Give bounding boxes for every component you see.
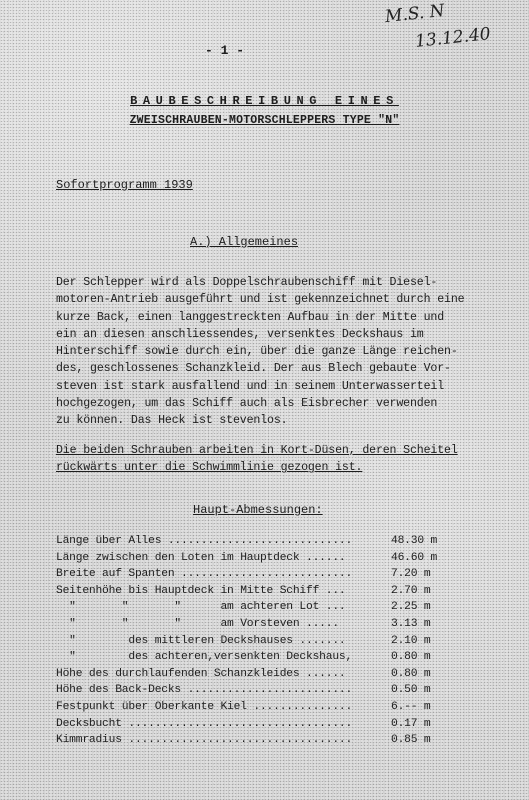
dimension-value: 0.50 m <box>391 684 430 696</box>
dimension-label: " des mittleren Deckshauses ....... <box>56 635 346 647</box>
dimension-value: 2.25 m <box>391 601 430 613</box>
dimension-row: Höhe des durchlaufenden Schanzkleides ..… <box>56 668 456 685</box>
dimension-value: 0.17 m <box>391 718 430 730</box>
section-heading: A.) Allgemeines <box>190 235 298 249</box>
dimension-row: " des achteren,versenkten Deckshaus,0.80… <box>56 651 456 668</box>
dimension-label: Breite auf Spanten .....................… <box>56 568 352 580</box>
dimension-value: 0.80 m <box>391 668 430 680</box>
dimension-value: 0.85 m <box>391 734 430 746</box>
dimension-value: 2.10 m <box>391 635 430 647</box>
program-label: Sofortprogramm 1939 <box>56 178 193 192</box>
dimension-label: Festpunkt über Oberkante Kiel ..........… <box>56 701 352 713</box>
dimension-row: Decksbucht .............................… <box>56 718 456 735</box>
dimension-value: 2.70 m <box>391 585 430 597</box>
dimension-row: Länge zwischen den Loten im Hauptdeck ..… <box>56 552 456 569</box>
dimension-label: Kimmradius .............................… <box>56 734 352 746</box>
paragraph-propellers: Die beiden Schrauben arbeiten in Kort-Dü… <box>56 442 516 477</box>
page-number: - 1 - <box>205 43 244 58</box>
dimension-row: Höhe des Back-Decks ....................… <box>56 684 456 701</box>
dimension-label: " " " am Vorsteven ..... <box>56 618 339 630</box>
dimension-label: " " " am achteren Lot ... <box>56 601 346 613</box>
dimension-label: Länge über Alles .......................… <box>56 535 352 547</box>
dimensions-table: Länge über Alles .......................… <box>56 535 456 751</box>
dimension-value: 0.80 m <box>391 651 430 663</box>
handwritten-annotation-date: 13.12.40 <box>414 24 491 52</box>
dimension-row: Kimmradius .............................… <box>56 734 456 751</box>
handwritten-annotation-ref: M.S. N <box>384 1 445 27</box>
dimensions-heading: Haupt-Abmessungen: <box>193 503 323 517</box>
document-title: BAUBESCHREIBUNG EINES <box>0 94 529 108</box>
dimension-value: 46.60 m <box>391 552 437 564</box>
dimension-row: Festpunkt über Oberkante Kiel ..........… <box>56 701 456 718</box>
dimension-row: " " " am achteren Lot ...2.25 m <box>56 601 456 618</box>
dimension-label: Länge zwischen den Loten im Hauptdeck ..… <box>56 552 346 564</box>
document-page: M.S. N 13.12.40 - 1 - BAUBESCHREIBUNG EI… <box>0 0 529 800</box>
dimension-value: 7.20 m <box>391 568 430 580</box>
dimension-label: " des achteren,versenkten Deckshaus, <box>56 651 352 663</box>
dimension-label: Höhe des Back-Decks ....................… <box>56 684 352 696</box>
dimension-row: " des mittleren Deckshauses .......2.10 … <box>56 635 456 652</box>
dimension-row: " " " am Vorsteven .....3.13 m <box>56 618 456 635</box>
dimension-value: 6.-- m <box>391 701 430 713</box>
dimension-value: 3.13 m <box>391 618 430 630</box>
dimension-label: Decksbucht .............................… <box>56 718 352 730</box>
dimension-row: Seitenhöhe bis Hauptdeck in Mitte Schiff… <box>56 585 456 602</box>
paragraph-general: Der Schlepper wird als Doppelschraubensc… <box>56 274 516 430</box>
dimension-label: Höhe des durchlaufenden Schanzkleides ..… <box>56 668 346 680</box>
dimension-label: Seitenhöhe bis Hauptdeck in Mitte Schiff… <box>56 585 346 597</box>
dimension-row: Länge über Alles .......................… <box>56 535 456 552</box>
document-subtitle: ZWEISCHRAUBEN-MOTORSCHLEPPERS TYPE "N" <box>0 114 529 127</box>
dimension-value: 48.30 m <box>391 535 437 547</box>
dimension-row: Breite auf Spanten .....................… <box>56 568 456 585</box>
